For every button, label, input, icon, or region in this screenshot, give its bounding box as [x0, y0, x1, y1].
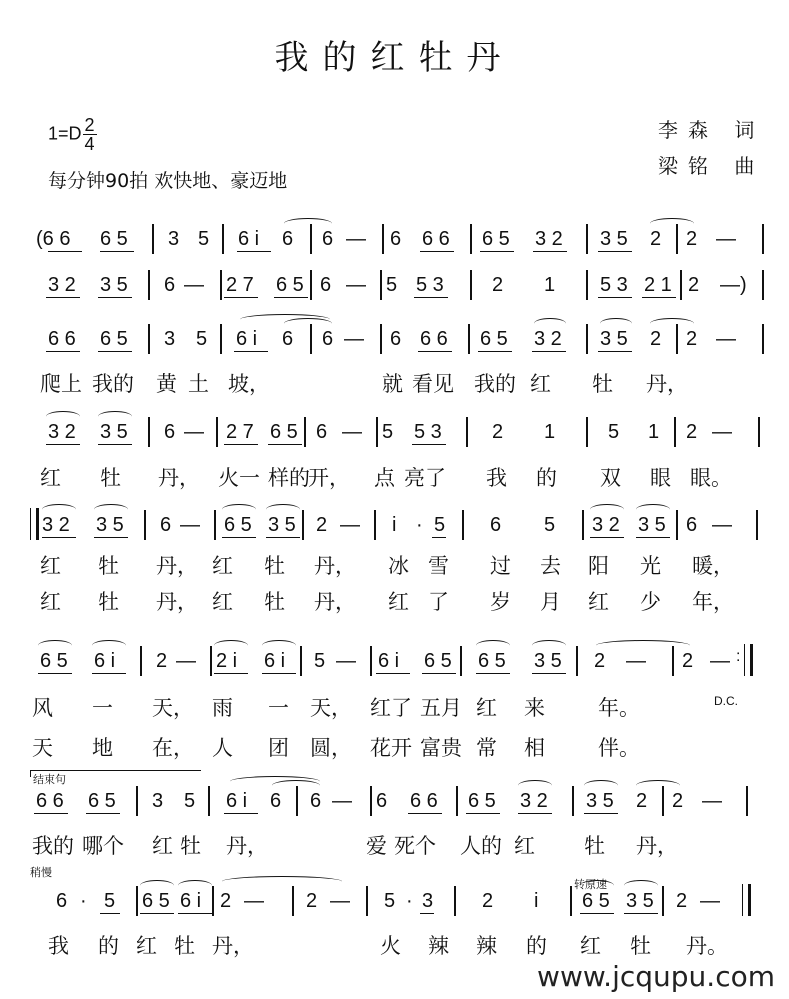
dash: — — [340, 514, 360, 537]
note: 2 — [492, 421, 503, 444]
note: 2 — [686, 328, 697, 351]
score-line-7: 6 6 6 5 3 5 6 i 6 6 — 6 6 6 6 5 3 2 3 5 … — [30, 784, 770, 816]
note: 5 — [384, 890, 395, 913]
note: 2 — [650, 328, 661, 351]
note-group: 6 5 — [270, 421, 298, 444]
dot: · — [80, 890, 87, 913]
note-group: 3 5 — [600, 228, 628, 251]
dash: — — [702, 790, 722, 813]
note: 3 — [164, 328, 175, 351]
note: 6 — [164, 421, 175, 444]
note-group: 3 5 — [638, 514, 666, 537]
note: 6 — [686, 514, 697, 537]
note-group: 3 2 — [535, 228, 563, 251]
note-group: 3 2 — [592, 514, 620, 537]
composer-credit: 梁铭 曲 — [658, 150, 764, 179]
note-group: 5 3 — [414, 421, 442, 444]
note-group: 6 i — [264, 650, 285, 673]
dash: — — [330, 890, 350, 913]
note: 1 — [544, 274, 555, 297]
note: 5 — [314, 650, 325, 673]
note-group: 6 6 — [36, 790, 64, 813]
note-group: 6 5 — [482, 228, 510, 251]
note-group: 6 6 — [410, 790, 438, 813]
note-group: 6 i — [236, 328, 257, 351]
lyrics-line-5a: 红 牡 丹， 红 牡 丹， 冰 雪 过 去 阳 光 暖， — [40, 550, 780, 580]
note: 6 — [390, 228, 401, 251]
note-group: 6 5 — [40, 650, 68, 673]
tempo-slower-label: 稍慢 — [30, 864, 52, 880]
note-group: 6 i — [226, 790, 247, 813]
lyrics-line-4: 红 牡 丹， 火一 样的 开， 点 亮了 我 的 双 眼 眼。 — [40, 462, 780, 492]
note-group: 6 5 — [100, 228, 128, 251]
score-line-4: 3 2 3 5 6 — 2 7 6 5 6 — 5 5 3 2 1 5 1 2 … — [30, 415, 770, 447]
note-group: 3 2 — [48, 421, 76, 444]
note: 5 — [544, 514, 555, 537]
dash: — — [332, 790, 352, 813]
note: 2 — [686, 228, 697, 251]
note-group: 3 5 — [534, 650, 562, 673]
dash: — — [716, 228, 736, 251]
note-group: 6 5 — [478, 650, 506, 673]
dot: · — [406, 890, 413, 913]
dash: — — [346, 228, 366, 251]
dash: — — [184, 421, 204, 444]
note: 2 — [156, 650, 167, 673]
dash: —) — [720, 274, 747, 297]
lyricist-credit: 李森 词 — [658, 114, 764, 143]
note-group: 6 5 — [88, 790, 116, 813]
note-group: 6 5 — [224, 514, 252, 537]
note: 5 — [434, 514, 445, 537]
note: 6 — [310, 790, 321, 813]
note-group: 6 i — [180, 890, 201, 913]
note: 6 — [316, 421, 327, 444]
note: 5 — [382, 421, 393, 444]
note-group: 6 5 — [276, 274, 304, 297]
dash: — — [710, 650, 730, 673]
note: 2 — [672, 790, 683, 813]
note-group: 3 5 — [586, 790, 614, 813]
dash: — — [180, 514, 200, 537]
note: 5 — [196, 328, 207, 351]
note: 2 — [316, 514, 327, 537]
note: 6 — [164, 274, 175, 297]
note-group: 3 5 — [100, 274, 128, 297]
note-group: 6 5 — [100, 328, 128, 351]
note-group: 6 i — [378, 650, 399, 673]
note: i — [534, 890, 538, 913]
note-group: 2 i — [216, 650, 237, 673]
note-group: 3 2 — [48, 274, 76, 297]
dash: — — [184, 274, 204, 297]
dash: — — [244, 890, 264, 913]
note: 3 — [422, 890, 433, 913]
score-line-1: (6 6 6 5 3 5 6 i 6 6 — 6 6 6 6 5 3 2 3 5… — [30, 222, 770, 254]
final-barline — [742, 884, 751, 916]
note: 6 — [320, 274, 331, 297]
dash: — — [346, 274, 366, 297]
dot: · — [416, 514, 423, 537]
note: 6 — [56, 890, 67, 913]
note-group: 6 6 — [420, 328, 448, 351]
note: 5 — [184, 790, 195, 813]
note-group: 6 i — [238, 228, 259, 251]
key-prefix: 1=D — [48, 123, 82, 143]
dash: — — [700, 890, 720, 913]
lyrics-line-7: 我的 哪个 红 牡 丹， 爱 死个 人的 红 牡 丹， — [40, 830, 780, 860]
score-line-2: 3 2 3 5 6 — 2 7 6 5 6 — 5 5 3 2 1 5 3 2 … — [30, 268, 770, 300]
note-group: 3 2 — [42, 514, 70, 537]
note: 1 — [648, 421, 659, 444]
note-group: 6 6 — [48, 328, 76, 351]
lyrics-line-6b: 天 地 在， 人 团 圆， 花开 富贵 常 相 伴。 — [40, 732, 780, 762]
note-group: 3 2 — [534, 328, 562, 351]
lyrics-line-3: 爬上 我的 黄 土 坡， 就 看见 我的 红 牡 丹， — [40, 368, 780, 398]
note-group: 6 5 — [468, 790, 496, 813]
repeat-end — [744, 644, 753, 676]
note: 2 — [594, 650, 605, 673]
dash: — — [342, 421, 362, 444]
dash: — — [716, 328, 736, 351]
note-group: 3 5 — [268, 514, 296, 537]
watermark: www.jcqupu.com — [537, 960, 775, 993]
note: 6 — [282, 328, 293, 351]
note-group: 6 5 — [582, 890, 610, 913]
note: 2 — [688, 274, 699, 297]
note: 5 — [104, 890, 115, 913]
note: 6 — [390, 328, 401, 351]
note-group: 6 6 — [422, 228, 450, 251]
note: 5 — [608, 421, 619, 444]
note-group: 6 5 — [142, 890, 170, 913]
note: 6 — [282, 228, 293, 251]
note: 3 — [152, 790, 163, 813]
note: i — [392, 514, 396, 537]
note: 2 — [686, 421, 697, 444]
note-group: 3 5 — [600, 328, 628, 351]
note-group: 2 7 — [226, 421, 254, 444]
note-group: 6 5 — [480, 328, 508, 351]
note-group: 6 i — [94, 650, 115, 673]
score-line-3: 6 6 6 5 3 5 6 i 6 6 — 6 6 6 6 5 3 2 3 5 … — [30, 322, 770, 354]
dash: — — [336, 650, 356, 673]
note-group: 6 5 — [424, 650, 452, 673]
score-line-6: 6 5 6 i 2 — 2 i 6 i 5 — 6 i 6 5 6 5 3 5 … — [30, 644, 770, 676]
note: 2 — [682, 650, 693, 673]
note: 6 — [322, 328, 333, 351]
note: 5 — [386, 274, 397, 297]
note: 6 — [160, 514, 171, 537]
note: 6 — [270, 790, 281, 813]
tempo-marking: 每分钟90拍 欢快地、豪迈地 — [48, 166, 287, 193]
note-group: 3 2 — [520, 790, 548, 813]
note: 2 — [482, 890, 493, 913]
note: 6 — [490, 514, 501, 537]
note: 1 — [544, 421, 555, 444]
repeat-dots: : — [736, 648, 740, 666]
note: 6 — [376, 790, 387, 813]
note-group: 3 5 — [626, 890, 654, 913]
dash: — — [344, 328, 364, 351]
time-signature: 24 — [83, 116, 97, 153]
lyrics-line-5b: 红 牡 丹， 红 牡 丹， 红 了 岁 月 红 少 年， — [40, 586, 780, 616]
note: 2 — [676, 890, 687, 913]
note-group: 3 5 — [96, 514, 124, 537]
score-line-8: 6 · 5 6 5 6 i 2 — 2 — 5 · 3 2 i 6 5 3 5 … — [30, 884, 770, 916]
dash: — — [626, 650, 646, 673]
lyrics-line-6a: 风 一 天， 雨 一 天， 红了 五月 红 来 年。 — [40, 692, 780, 722]
note-group: 3 5 — [100, 421, 128, 444]
note: 2 — [492, 274, 503, 297]
note-group: 2 1 — [644, 274, 672, 297]
dash: — — [712, 514, 732, 537]
dash: — — [176, 650, 196, 673]
note: 3 — [168, 228, 179, 251]
note-group: 5 3 — [416, 274, 444, 297]
note: 2 — [306, 890, 317, 913]
song-title: 我的红牡丹 — [0, 30, 789, 79]
key-signature: 1=D24 — [48, 116, 97, 153]
note: 5 — [198, 228, 209, 251]
note: 2 — [220, 890, 231, 913]
note: 6 — [322, 228, 333, 251]
note-group: (6 6 — [36, 228, 70, 251]
score-line-5: 3 2 3 5 6 — 6 5 3 5 2 — i · 5 6 5 3 2 3 … — [30, 508, 770, 540]
lyrics-line-8: 我 的 红 牡 丹， 火 辣 辣 的 红 牡 丹。 — [40, 930, 780, 960]
note-group: 5 3 — [600, 274, 628, 297]
note: 2 — [650, 228, 661, 251]
dash: — — [712, 421, 732, 444]
repeat-start — [30, 508, 39, 540]
note: 2 — [636, 790, 647, 813]
note-group: 2 7 — [226, 274, 254, 297]
